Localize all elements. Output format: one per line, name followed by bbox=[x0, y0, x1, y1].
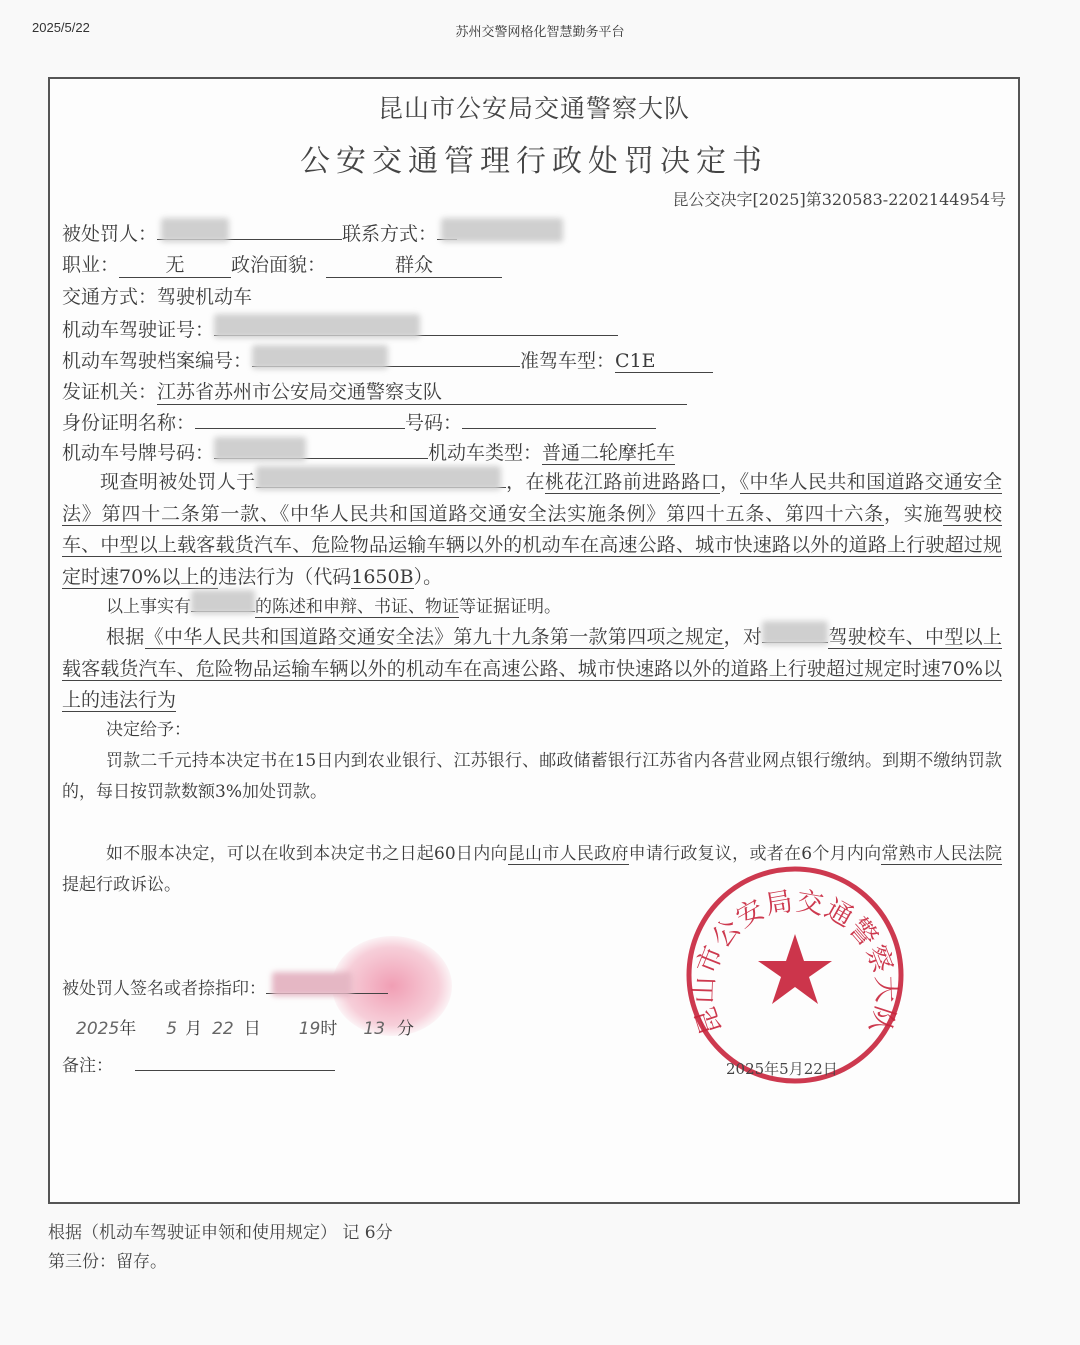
contact-field bbox=[437, 220, 457, 240]
id-row: 身份证明名称：号码： bbox=[62, 408, 656, 435]
basis-text: ，对 bbox=[724, 626, 763, 648]
id-number-field bbox=[462, 409, 656, 429]
decision-label: 决定给予： bbox=[62, 715, 1002, 747]
redacted-license-number bbox=[214, 314, 420, 338]
penalized-person-row: 被处罚人：联系方式： bbox=[62, 219, 457, 246]
plate-label: 机动车号牌号码： bbox=[62, 442, 214, 464]
id-name-field bbox=[195, 409, 405, 429]
copy-note: 第三份：留存。 bbox=[48, 1247, 167, 1272]
file-number-row: 机动车驾驶档案编号：准驾车型：C1E bbox=[62, 346, 713, 373]
year-unit: 年 bbox=[119, 1019, 136, 1039]
id-number-label: 号码： bbox=[405, 412, 462, 434]
handwritten-day: 22 bbox=[212, 1019, 234, 1039]
remarks-field bbox=[135, 1051, 335, 1071]
remarks-label: 备注： bbox=[62, 1056, 113, 1076]
redacted-contact bbox=[441, 218, 563, 242]
print-header-platform: 苏州交警网格化智慧勤务平台 bbox=[0, 21, 1080, 40]
minute-unit: 分 bbox=[397, 1019, 414, 1039]
penalized-person-label: 被处罚人： bbox=[62, 223, 157, 245]
plate-field bbox=[214, 439, 428, 459]
handwritten-month: 5 bbox=[166, 1019, 177, 1039]
facts-paragraph: 现查明被处罚人于，在桃花江路前进路路口，《中华人民共和国道路交通安全法》第四十二… bbox=[62, 467, 1002, 593]
redacted-plate bbox=[214, 437, 306, 461]
traffic-mode-row: 交通方式：驾驶机动车 bbox=[62, 282, 252, 309]
facts-text: ，在 bbox=[506, 471, 545, 493]
handwritten-hour: 19 bbox=[299, 1019, 321, 1039]
contact-label: 联系方式： bbox=[342, 223, 437, 245]
basis-person-field bbox=[762, 623, 828, 643]
occupation-value: 无 bbox=[119, 250, 231, 278]
redacted-signature bbox=[272, 972, 352, 996]
document-title: 公安交通管理行政处罚决定书 bbox=[50, 136, 1018, 180]
vehicle-type-value: 普通二轮摩托车 bbox=[542, 442, 675, 465]
document-number: 昆公交决字[2025]第320583-2202144954号 bbox=[673, 187, 1007, 210]
issuer-row: 发证机关：江苏省苏州市公安局交通警察支队 bbox=[62, 377, 687, 405]
redacted-name bbox=[161, 218, 229, 242]
violation-location: 桃花江路前进路路口 bbox=[545, 471, 720, 494]
violation-time-field bbox=[256, 468, 506, 488]
signature-datetime: 2025年5月22日19时13分 bbox=[76, 1014, 414, 1039]
evidence-person-field bbox=[191, 592, 255, 612]
penalty-text: 罚款二千元持本决定书在15日内到农业银行、江苏银行、邮政储蓄银行江苏省内各营业网… bbox=[62, 746, 1002, 808]
facts-text: ，实施 bbox=[884, 503, 943, 525]
basis-text: 根据 bbox=[106, 626, 145, 648]
seal-date: 2025年5月22日 bbox=[726, 1058, 838, 1079]
violation-code: 1650B bbox=[351, 566, 413, 589]
penalized-person-field bbox=[157, 220, 342, 240]
redacted-file-number bbox=[252, 345, 388, 369]
redacted-time bbox=[256, 466, 501, 490]
appeal-text: 申请行政复议，或者在6个月内向 bbox=[629, 844, 882, 864]
vehicle-class-value: C1E bbox=[615, 350, 713, 373]
political-status-value: 群众 bbox=[326, 250, 502, 278]
legal-basis-paragraph: 根据《中华人民共和国道路交通安全法》第九十九条第一款第四项之规定，对驾驶校车、中… bbox=[62, 622, 1002, 717]
file-number-label: 机动车驾驶档案编号： bbox=[62, 350, 252, 372]
review-authority: 昆山市人民政府 bbox=[508, 844, 629, 865]
redacted-person bbox=[762, 621, 828, 645]
id-name-label: 身份证明名称： bbox=[62, 412, 195, 434]
vehicle-type-label: 机动车类型： bbox=[428, 442, 542, 464]
month-unit: 月 bbox=[185, 1019, 202, 1039]
issuing-org-title: 昆山市公安局交通警察大队 bbox=[50, 89, 1018, 125]
signature-label: 被处罚人签名或者捺指印： bbox=[62, 979, 266, 999]
facts-text: ， bbox=[720, 471, 739, 493]
signature-row: 被处罚人签名或者捺指印： bbox=[62, 974, 388, 999]
political-status-label: 政治面貌： bbox=[231, 254, 326, 276]
penalty-decision-document: 昆山市公安局交通警察大队 公安交通管理行政处罚决定书 昆公交决字[2025]第3… bbox=[48, 77, 1020, 1204]
points-note: 根据（机动车驾驶证申领和使用规定） 记 6分 bbox=[48, 1218, 393, 1243]
evidence-text: 等证据证明。 bbox=[459, 597, 561, 617]
redacted-person bbox=[191, 590, 255, 614]
license-number-row: 机动车驾驶证号： bbox=[62, 315, 618, 342]
vehicle-class-label: 准驾车型： bbox=[520, 350, 615, 372]
traffic-mode-value: 驾驶机动车 bbox=[157, 286, 252, 308]
license-number-label: 机动车驾驶证号： bbox=[62, 319, 214, 341]
handwritten-year: 2025 bbox=[76, 1019, 119, 1039]
facts-text: 现查明被处罚人于 bbox=[100, 471, 256, 493]
official-seal-icon: 昆山市公安局交通警察大队 bbox=[682, 862, 908, 1088]
handwritten-minute: 13 bbox=[363, 1019, 385, 1039]
facts-text: 违法行为（代码 bbox=[218, 566, 351, 588]
appeal-text: 如不服本决定，可以在收到本决定书之日起60日内向 bbox=[106, 844, 508, 864]
evidence-list: 的陈述和申辩、书证、物证 bbox=[255, 597, 459, 618]
hour-unit: 时 bbox=[320, 1019, 337, 1039]
appeal-text: 提起行政诉讼。 bbox=[62, 875, 181, 895]
occupation-label: 职业： bbox=[62, 254, 119, 276]
plate-row: 机动车号牌号码：机动车类型：普通二轮摩托车 bbox=[62, 438, 675, 465]
signature-field bbox=[266, 974, 388, 994]
occupation-row: 职业：无政治面貌：群众 bbox=[62, 250, 502, 278]
file-number-field bbox=[252, 347, 520, 367]
evidence-paragraph: 以上事实有的陈述和申辩、书证、物证等证据证明。 bbox=[62, 592, 1002, 624]
traffic-mode-label: 交通方式： bbox=[62, 286, 157, 308]
issuer-label: 发证机关： bbox=[62, 381, 157, 403]
license-number-field bbox=[214, 316, 618, 336]
basis-law: 《中华人民共和国道路交通安全法》第九十九条第一款第四项之规定 bbox=[145, 626, 724, 649]
remarks-row: 备注： bbox=[62, 1051, 335, 1076]
issuer-value: 江苏省苏州市公安局交通警察支队 bbox=[157, 377, 687, 405]
evidence-text: 以上事实有 bbox=[106, 597, 191, 617]
facts-text: ）。 bbox=[414, 566, 443, 588]
day-unit: 日 bbox=[244, 1019, 261, 1039]
